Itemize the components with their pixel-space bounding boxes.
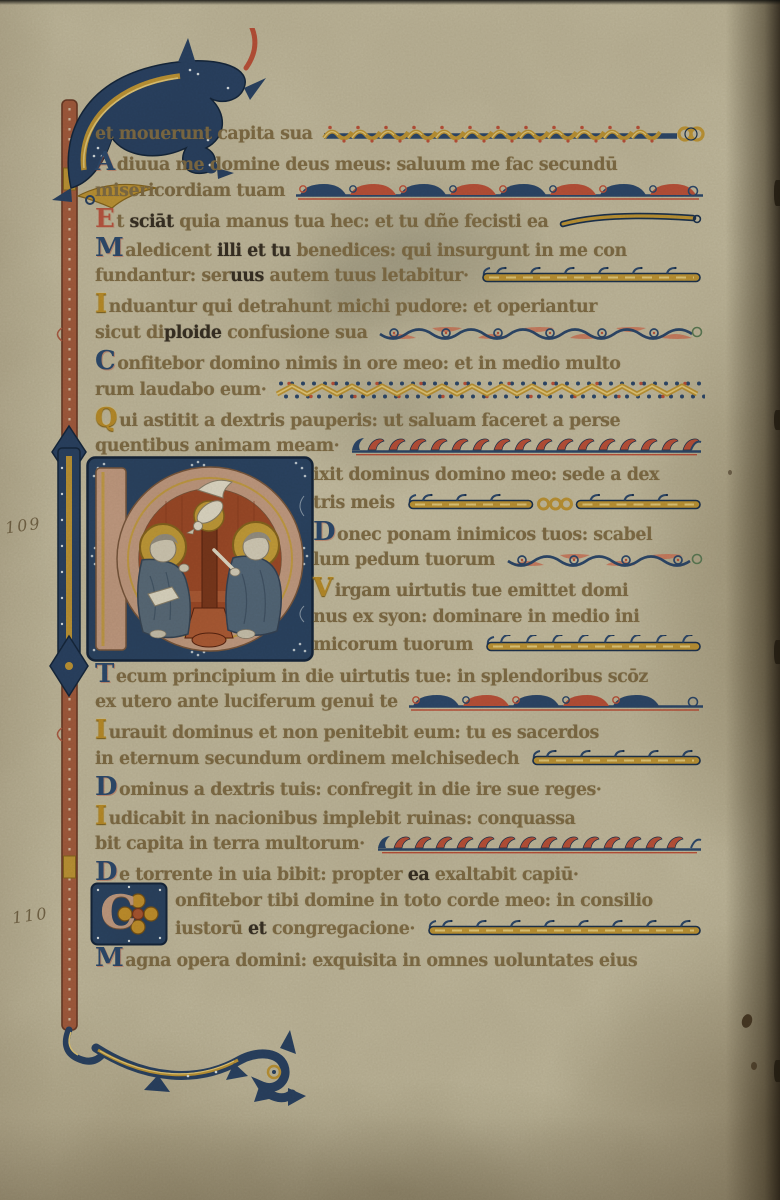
text-line-13: ixit dominus domino meo: sede a dex [313,465,707,485]
psalm-text: et mouerunt capita sua [95,124,313,144]
line-filler-hooksGold [482,635,705,655]
text-line-1: et mouerunt capita sua [95,124,707,144]
psalm-text: uus [230,266,264,286]
line-filler-blueRedWave [407,692,705,712]
parchment-spot [728,470,732,475]
text-line-11: Qui astitit a dextris pauperis: ut salua… [95,408,707,431]
psalm-text: aledicent [125,241,217,261]
text-line-2: Adiuua me domine deus meus: saluum me fa… [95,152,707,175]
illuminated-initial: M [95,948,123,968]
text-line-17: Virgam uirtutis tue emittet domi [313,578,707,601]
psalm-text: bit capita in terra multorum· [95,834,365,854]
line-filler-goldBar [404,493,705,513]
page-edge-notch [774,1060,780,1082]
psalm-text: onfitebor tibi domine in toto corde meo:… [175,891,653,911]
psalm-text: lum pedum tuorum [313,550,495,570]
page-edge-notch [774,410,780,430]
folio-number-110: 110 [11,904,50,928]
text-line-19: micorum tuorum [313,635,707,655]
text-line-20: Tecum principium in die uirtutis tue: in… [95,664,707,687]
illuminated-initial: I [95,720,107,740]
text-line-22: Iurauit dominus et non penitebit eum: tu… [95,720,707,743]
psalm-text: fundantur: ser [95,266,230,286]
line-filler-blueRedWave [294,181,705,201]
psalm-text: ploide [164,323,222,343]
text-line-30: Magna opera domini: exquisita in omnes u… [95,948,707,971]
folio-number-109: 109 [4,514,43,538]
line-filler-vineBlueRed [504,550,705,570]
text-line-15: Donec ponam inimicos tuos: scabel [313,522,707,545]
psalm-text: t [116,212,129,232]
text-line-26: bit capita in terra multorum· [95,834,707,854]
line-filler-goldBar [424,919,705,939]
psalm-text: ea [408,865,429,885]
psalm-text: illi et tu [217,241,291,261]
illuminated-initial: M [95,238,123,258]
text-line-3: misericordiam tuam [95,181,707,201]
line-filler-goldScroll [557,211,705,231]
text-line-23: in eternum secundum ordinem melchisedech [95,749,707,769]
text-line-9: Confitebor domino nimis in ore meo: et i… [95,351,707,374]
psalm-text: et [248,919,266,939]
psalm-text: e torrente in uia bibit: propter [119,865,408,885]
line-filler-goldBar [478,266,705,286]
text-line-24: Dominus a dextris tuis: confregit in die… [95,777,707,800]
psalm-text: onfitebor domino nimis in ore meo: et in… [117,354,620,374]
text-line-27: De torrente in uia bibit: propter ea exa… [95,862,707,885]
tailpiece-flourish [66,1030,306,1106]
illuminated-initial: D [313,522,335,542]
psalm-text: udicabit in nacionibus implebit ruinas: … [109,809,576,829]
psalm-text: nus ex syon: dominare in medio ini [313,607,639,627]
illuminated-initial: Q [95,408,117,428]
bar-blue-section [50,426,88,696]
psalm-text: ex utero ante luciferum genui te [95,692,398,712]
psalm-text: agna opera domini: exquisita in omnes uo… [125,951,637,971]
psalm-text: confusione sua [222,323,368,343]
parchment-spot [740,1013,754,1029]
text-line-6: fundantur: seruus autem tuus letabitur· [95,266,707,286]
psalm-text: rum laudabo eum· [95,380,266,400]
text-line-25: Iudicabit in nacionibus implebit ruinas:… [95,806,707,829]
text-line-12: quentibus animam meam· [95,436,707,456]
psalm-text: irgam uirtutis tue emittet domi [335,581,629,601]
illuminated-initial: T [95,664,114,684]
illuminated-initial: I [95,806,107,826]
line-filler-redComma [374,834,705,854]
page-edge-notch [774,640,780,664]
line-filler-redComma [348,436,705,456]
page-edge-notch [774,180,780,206]
text-line-8: sicut diploide confusione sua [95,323,707,343]
line-filler-vineBlueRed [376,323,705,343]
illuminated-initial: A [95,152,115,172]
psalm-text: iustorū [175,919,248,939]
psalm-text: ecum principium in die uirtutis tue: in … [116,667,648,687]
psalm-text: tris meis [313,493,395,513]
illuminated-initial: E [95,209,114,229]
text-line-21: ex utero ante luciferum genui te [95,692,707,712]
psalm-text: micorum tuorum [313,635,473,655]
psalm-text: benedices: qui insurgunt in me con [291,241,627,261]
psalm-text: onec ponam inimicos tuos: scabel [337,525,652,545]
psalm-text: exaltabit capiū· [429,865,578,885]
psalm-text: quentibus animam meam· [95,436,339,456]
psalm-text: nduantur qui detrahunt michi pudore: et … [109,297,597,317]
illuminated-initial: I [95,294,107,314]
text-line-4: Et sciāt quia manus tua hec: et tu dñe f… [95,209,707,232]
manuscript-page: C et mouerunt capita suaAdiuua me domine… [0,0,780,1200]
text-line-29: iustorū et congregacione· [175,919,707,939]
psalm-text: congregacione· [266,919,415,939]
illuminated-initial: D [95,862,117,882]
psalm-text: autem tuus letabitur· [264,266,469,286]
red-hook [246,28,255,68]
psalm-text: sciāt [130,212,174,232]
text-line-18: nus ex syon: dominare in medio ini [313,607,707,627]
psalm-text: in eternum secundum ordinem melchisedech [95,749,519,769]
psalm-text: urauit dominus et non penitebit eum: tu … [109,723,599,743]
psalm-text: ui astitit a dextris pauperis: ut saluam… [119,411,620,431]
illuminated-initial: C [95,351,115,371]
psalm-text-block: et mouerunt capita suaAdiuua me domine d… [95,124,707,984]
illuminated-initial: D [95,777,117,797]
text-line-16: lum pedum tuorum [313,550,707,570]
text-line-28: onfitebor tibi domine in toto corde meo:… [175,891,707,911]
psalm-text: diuua me domine deus meus: saluum me fac… [117,155,618,175]
text-line-14: tris meis [313,493,707,513]
parchment-spot [751,1062,757,1070]
psalm-text: misericordiam tuam [95,181,285,201]
line-filler-goldBar [528,749,705,769]
illuminated-initial: V [313,578,333,598]
left-bar-border [58,100,78,1030]
psalm-text: quia manus tua hec: et tu dñe fecisti ea [174,212,549,232]
text-line-5: Maledicent illi et tu benedices: qui ins… [95,238,707,261]
psalm-text: ominus a dextris tuis: confregit in die … [119,780,601,800]
text-line-7: Induantur qui detrahunt michi pudore: et… [95,294,707,317]
psalm-text: ixit dominus domino meo: sede a dex [313,465,659,485]
line-filler-goldBraid [322,124,705,144]
text-line-10: rum laudabo eum· [95,380,707,400]
line-filler-goldZigzag [275,380,705,400]
psalm-text: sicut di [95,323,164,343]
